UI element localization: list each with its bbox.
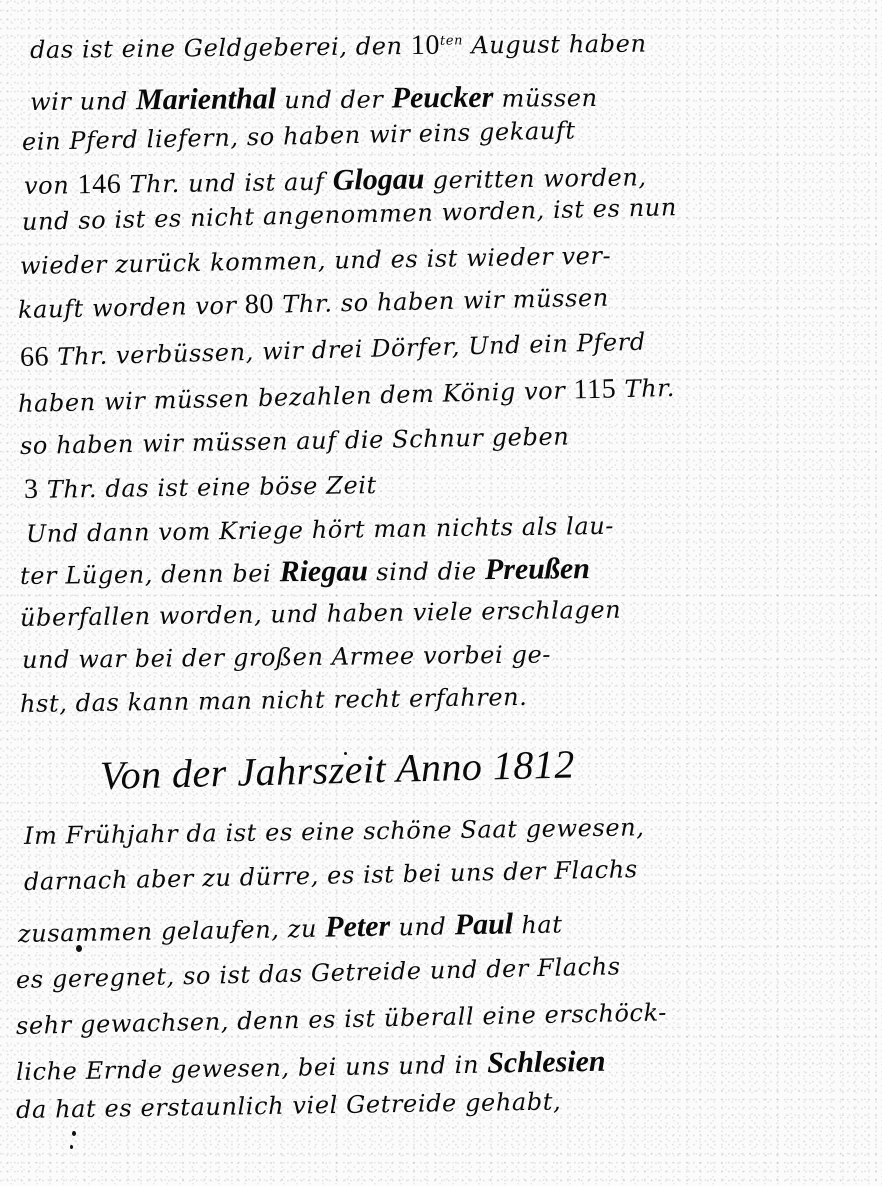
- text-line: Und dann vom Kriege hört man nichts als …: [26, 512, 614, 548]
- manuscript-page: das ist eine Geldgeberei, den 10ten Augu…: [0, 0, 882, 1186]
- line-text: August haben: [463, 30, 647, 60]
- text-line: haben wir müssen bezahlen dem König vor …: [18, 372, 676, 420]
- nation-name: Preußen: [485, 552, 590, 586]
- line-text: kauft worden vor: [18, 291, 245, 324]
- line-text: haben wir müssen bezahlen dem König vor: [18, 376, 574, 418]
- place-name: Marienthal: [136, 82, 276, 116]
- heading-text: Von der Jahrszeit Anno 1812: [99, 741, 575, 798]
- text-line: überfallen worden, und haben viele ersch…: [20, 596, 622, 632]
- line-text: und: [390, 912, 455, 941]
- line-text: darnach aber zu dürre, es ist bei uns de…: [24, 855, 638, 896]
- line-text: müssen: [493, 84, 598, 113]
- line-text: zusammen gelaufen, zu: [18, 915, 326, 948]
- line-text: hat: [513, 910, 563, 939]
- amount-number: 80: [245, 289, 275, 321]
- text-line: liche Ernde gewesen, bei uns und in Schl…: [16, 1045, 606, 1088]
- amount-number: 146: [77, 169, 121, 201]
- text-line: darnach aber zu dürre, es ist bei uns de…: [24, 855, 638, 896]
- line-text: sind die: [368, 557, 485, 586]
- line-text: von: [24, 171, 78, 200]
- saint-name: Paul: [454, 907, 513, 941]
- text-line: das ist eine Geldgeberei, den 10ten Augu…: [30, 28, 647, 66]
- amount-number: 115: [573, 373, 617, 405]
- line-text: wieder zurück kommen, und es ist wieder …: [20, 242, 612, 280]
- line-text: und war bei der großen Armee vorbei ge-: [22, 640, 551, 674]
- text-line: hst, das kann man nicht recht erfahren.: [20, 683, 528, 718]
- section-heading: Von der Jahrszeit Anno 1812: [99, 740, 575, 799]
- text-line: und war bei der großen Armee vorbei ge-: [22, 640, 551, 674]
- ink-speck: [70, 1145, 73, 1149]
- ordinal-suffix: ten: [440, 33, 463, 48]
- text-line: sehr gewachsen, denn es ist überall eine…: [16, 998, 668, 1040]
- ink-speck: [76, 945, 82, 952]
- line-text: da hat es erstaunlich viel Getreide geha…: [16, 1087, 562, 1124]
- text-line: wieder zurück kommen, und es ist wieder …: [20, 242, 612, 280]
- line-text: Im Frühjahr da ist es eine schöne Saat g…: [24, 813, 645, 850]
- text-line: Im Frühjahr da ist es eine schöne Saat g…: [24, 813, 645, 850]
- ink-speck: [344, 752, 347, 755]
- line-text: Thr. verbüssen, wir drei Dörfer, Und ein…: [49, 328, 646, 372]
- line-text: und der: [276, 85, 392, 114]
- date-number: 10: [411, 30, 441, 61]
- line-text: das ist eine Geldgeberei, den: [30, 32, 411, 64]
- line-text: Thr. das ist eine böse Zeit: [38, 471, 377, 504]
- line-text: hst, das kann man nicht recht erfahren.: [20, 683, 528, 718]
- place-name: Glogau: [332, 162, 424, 196]
- text-line: ter Lügen, denn bei Riegau sind die Preu…: [20, 552, 590, 592]
- amount-number: 66: [20, 341, 50, 373]
- text-line: wir und Marienthal und der Peucker müsse…: [30, 80, 598, 118]
- line-text: sehr gewachsen, denn es ist überall eine…: [16, 998, 668, 1040]
- text-line: 66 Thr. verbüssen, wir drei Dörfer, Und …: [20, 326, 647, 374]
- amount-number: 3: [24, 474, 39, 505]
- text-line: da hat es erstaunlich viel Getreide geha…: [16, 1087, 562, 1124]
- ink-speck: [72, 1131, 76, 1136]
- line-text: ein Pferd liefern, so haben wir eins gek…: [22, 116, 576, 156]
- place-name: Schlesien: [487, 1045, 606, 1080]
- line-text: ter Lügen, denn bei: [20, 559, 280, 590]
- line-text: liche Ernde gewesen, bei uns und in: [16, 1051, 488, 1086]
- place-name: Riegau: [279, 554, 368, 588]
- line-text: geritten worden,: [424, 163, 647, 194]
- text-line: 3 Thr. das ist eine böse Zeit: [24, 469, 377, 506]
- line-text: Thr. so haben wir müssen: [274, 284, 609, 319]
- line-text: Thr.: [616, 374, 675, 403]
- line-text: Thr. und ist auf: [121, 168, 333, 199]
- line-text: so haben wir müssen auf die Schnur geben: [20, 422, 570, 460]
- person-name: Peucker: [392, 81, 494, 115]
- line-text: es geregnet, so ist das Getreide und der…: [16, 952, 621, 994]
- text-line: kauft worden vor 80 Thr. so haben wir mü…: [18, 282, 609, 326]
- text-line: es geregnet, so ist das Getreide und der…: [16, 952, 621, 994]
- text-line: so haben wir müssen auf die Schnur geben: [20, 422, 570, 460]
- saint-name: Peter: [325, 910, 391, 944]
- text-line: zusammen gelaufen, zu Peter und Paul hat: [18, 906, 563, 949]
- text-line: ein Pferd liefern, so haben wir eins gek…: [22, 116, 576, 156]
- line-text: wir und: [30, 87, 136, 116]
- line-text: überfallen worden, und haben viele ersch…: [20, 596, 622, 632]
- line-text: Und dann vom Kriege hört man nichts als …: [26, 512, 614, 548]
